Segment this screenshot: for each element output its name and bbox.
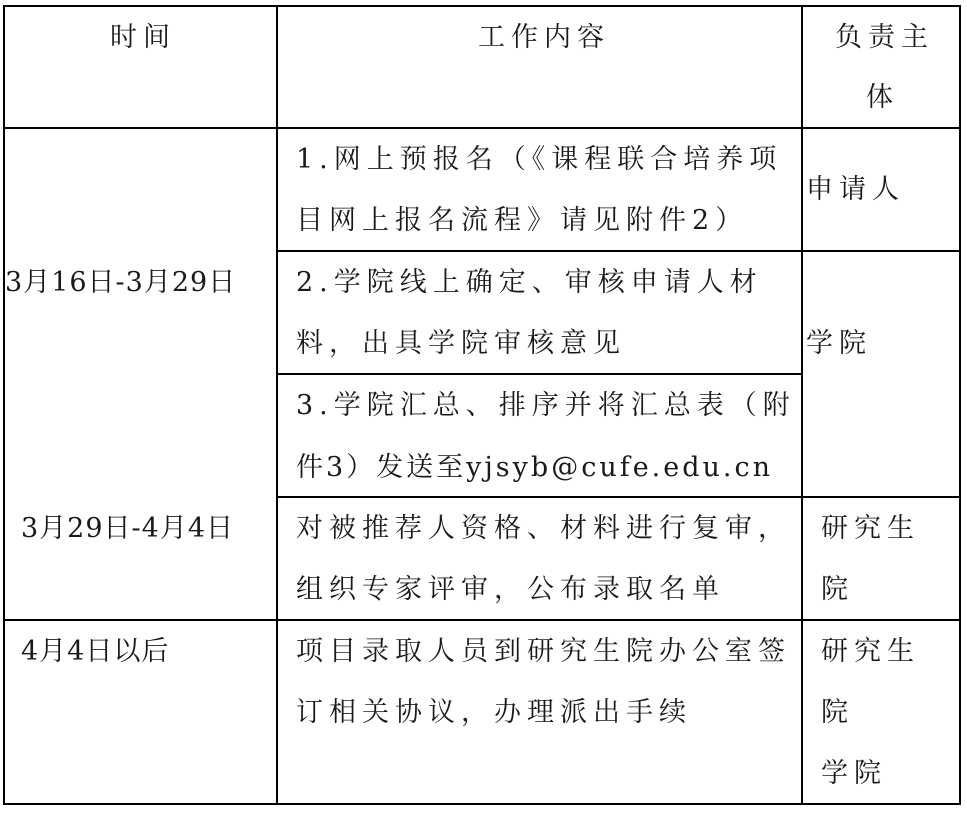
border-header-bottom — [3, 127, 961, 129]
owner-row5-line1: 研究生 — [821, 637, 920, 667]
content-row4-line2: 组织专家评审，公布录取名单 — [296, 575, 725, 605]
owner-college: 学院 — [806, 329, 872, 359]
time-cell-1: 3月16日-3月29日 — [5, 268, 236, 298]
content-row3-line2: 件3）发送至yjsyb@cufe.edu.cn — [296, 453, 773, 483]
content-row2-line2: 料，出具学院审核意见 — [296, 329, 626, 359]
content-row5-line1: 项目录取人员到研究生院办公室签 — [296, 637, 791, 667]
content-row5-line2: 订相关协议，办理派出手续 — [296, 698, 692, 728]
content-row1-line2: 目网上报名流程》请见附件2） — [296, 206, 748, 236]
border-row4-bottom — [3, 619, 961, 621]
owner-row4-line2: 院 — [821, 575, 854, 605]
header-time: 时间 — [110, 23, 176, 53]
border-col1 — [276, 5, 278, 805]
content-row3-line1: 3.学院汇总、排序并将汇总表（附 — [296, 391, 796, 421]
owner-applicant: 申请人 — [806, 175, 905, 205]
border-bottom — [3, 803, 961, 805]
header-owner-line2: 体 — [866, 83, 899, 113]
owner-row5-line2: 院 — [821, 698, 854, 728]
content-row4-line1: 对被推荐人资格、材料进行复审， — [296, 514, 791, 544]
content-row2-line1: 2.学院线上确定、审核申请人材 — [296, 268, 763, 298]
border-left — [3, 5, 5, 805]
owner-row4-line1: 研究生 — [821, 514, 920, 544]
border-col2 — [801, 5, 803, 805]
border-top — [3, 5, 961, 7]
owner-row5-line3: 学院 — [821, 759, 887, 789]
content-row1-line1: 1.网上预报名（《课程联合培养项 — [296, 145, 782, 175]
header-owner-line1: 负责主 — [835, 23, 934, 53]
border-row1-bottom — [277, 250, 961, 252]
time-cell-2: 3月29日-4月4日 — [21, 514, 234, 544]
border-row3-bottom — [277, 496, 961, 498]
border-right — [959, 5, 961, 805]
time-cell-3: 4月4日以后 — [21, 637, 169, 667]
border-row2-bottom — [277, 373, 803, 375]
header-content: 工作内容 — [478, 23, 610, 53]
